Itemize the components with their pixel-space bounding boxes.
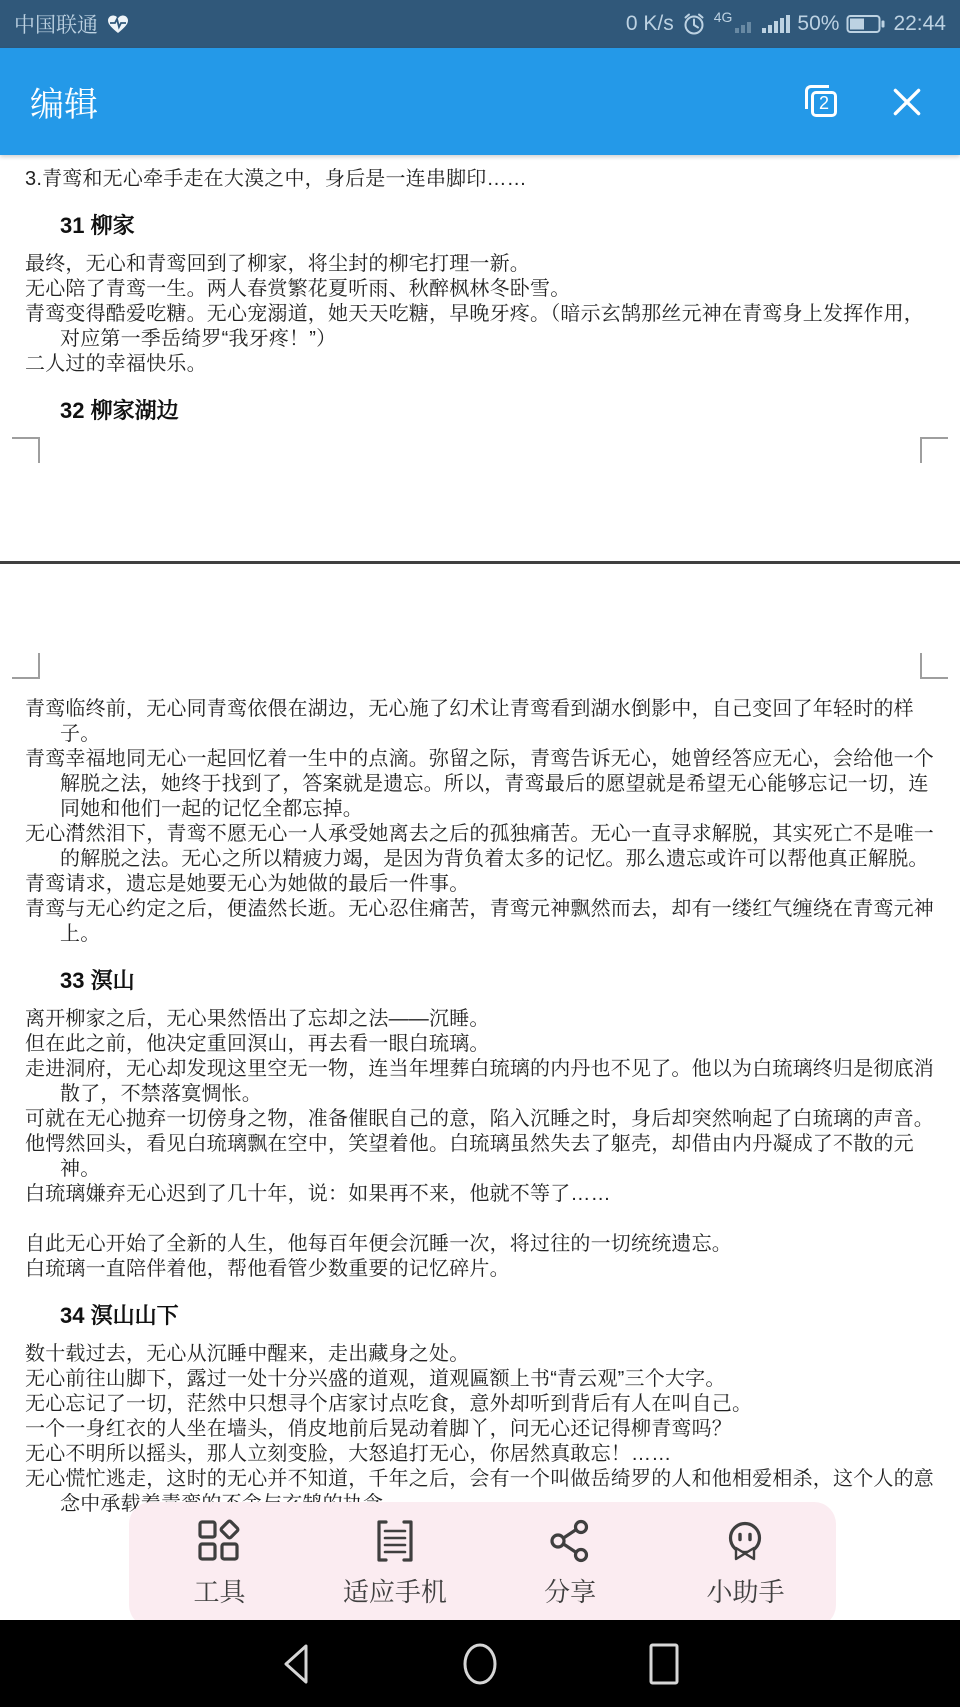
section-heading: 32 柳家湖边 (25, 397, 935, 425)
battery-icon (846, 14, 886, 34)
status-bar: 中国联通 0 K/s 4G 50% 22:44 (0, 0, 960, 48)
doc-paragraph: 最终，无心和青鸾回到了柳家，将尘封的柳宅打理一新。 (25, 252, 935, 277)
doc-paragraph: 数十载过去，无心从沉睡中醒来，走出藏身之处。 (25, 1342, 935, 1367)
doc-paragraph: 青鸾临终前，无心同青鸾依偎在湖边，无心施了幻术让青鸾看到湖水倒影中，自己变回了年… (25, 697, 935, 747)
signal-bars-sim2-icon (762, 15, 790, 33)
doc-paragraph: 3.青鸾和无心牵手走在大漠之中，身后是一连串脚印…… (25, 167, 935, 192)
tools-label: 工具 (193, 1572, 245, 1609)
doc-paragraph: 一个一身红衣的人坐在墙头，俏皮地前后晃动着脚丫，问无心还记得柳青鸾吗？ (25, 1417, 935, 1442)
crop-mark-bottom-right-icon (920, 437, 948, 463)
fit-phone-label: 适应手机 (343, 1572, 447, 1609)
assistant-button[interactable]: 小助手 (661, 1517, 831, 1609)
carrier-label: 中国联通 (14, 9, 98, 39)
share-button[interactable]: 分享 (485, 1517, 655, 1609)
nav-recents-icon[interactable] (647, 1642, 681, 1686)
crop-mark-bottom-left-icon (12, 437, 40, 463)
blank-line (0, 1207, 960, 1232)
doc-paragraph: 无心潸然泪下，青鸾不愿无心一人承受她离去之后的孤独痛苦。无心一直寻求解脱，其实死… (25, 822, 935, 872)
close-button[interactable] (888, 83, 926, 121)
doc-paragraph: 但在此之前，他决定重回溟山，再去看一眼白琉璃。 (25, 1032, 935, 1057)
section-heading: 34 溟山山下 (25, 1302, 935, 1330)
doc-paragraph: 可就在无心抛弃一切傍身之物，准备催眠自己的意，陷入沉睡之时，身后却突然响起了白琉… (25, 1107, 935, 1132)
doc-paragraph: 无心陪了青鸾一生。两人春赏繁花夏听雨、秋醉枫林冬卧雪。 (25, 277, 935, 302)
multi-window-button[interactable]: 2 (800, 80, 844, 124)
doc-paragraph: 白琉璃一直陪伴着他，帮他看管少数重要的记忆碎片。 (25, 1257, 935, 1282)
network-type-label: 4G (714, 9, 733, 25)
crop-mark-top-left-icon (12, 653, 40, 679)
share-nodes-icon (546, 1517, 594, 1565)
doc-paragraph: 无心前往山脚下，露过一处十分兴盛的道观，道观匾额上书“青云观”三个大字。 (25, 1367, 935, 1392)
nav-home-icon[interactable] (459, 1641, 501, 1687)
assistant-label: 小助手 (706, 1572, 784, 1609)
page2-top-margin-marks (0, 653, 960, 681)
robot-face-icon (721, 1517, 769, 1565)
status-bar-left: 中国联通 (14, 9, 130, 39)
clock-label: 22:44 (893, 12, 946, 36)
doc-paragraph: 离开柳家之后，无心果然悟出了忘却之法——沉睡。 (25, 1007, 935, 1032)
doc-paragraph: 他愕然回头，看见白琉璃飘在空中，笑望着他。白琉璃虽然失去了躯壳，却借由内丹凝成了… (25, 1132, 935, 1182)
health-heart-icon (106, 13, 130, 35)
window-count: 2 (819, 93, 829, 114)
document-page-2: 青鸾临终前，无心同青鸾依偎在湖边，无心施了幻术让青鸾看到湖水倒影中，自己变回了年… (0, 697, 960, 1517)
doc-paragraph: 无心不明所以摇头，那人立刻变脸，大怒追打无心，你居然真敢忘！…… (25, 1442, 935, 1467)
floating-toolbar: 工具 适应手机 分享 小助手 (129, 1502, 836, 1627)
doc-paragraph: 青鸾幸福地同无心一起回忆着一生中的点滴。弥留之际，青鸾告诉无心，她曾经答应无心，… (25, 747, 935, 822)
signal-bars-sim1-icon (735, 15, 751, 33)
doc-paragraph: 青鸾请求，遗忘是她要无心为她做的最后一件事。 (25, 872, 935, 897)
page-break-line (0, 561, 960, 564)
app-bar: 编辑 2 (0, 48, 960, 155)
lines-in-brackets-icon (371, 1517, 419, 1565)
nav-back-icon[interactable] (279, 1643, 313, 1685)
grid-diamond-icon (195, 1517, 243, 1565)
share-label: 分享 (544, 1572, 596, 1609)
doc-paragraph: 走进洞府，无心却发现这里空无一物，连当年埋葬白琉璃的内丹也不见了。他以为白琉璃终… (25, 1057, 935, 1107)
doc-paragraph: 青鸾变得酷爱吃糖。无心宠溺道，她天天吃糖，早晚牙疼。（暗示玄鹄那丝元神在青鸾身上… (25, 302, 935, 352)
fit-phone-button[interactable]: 适应手机 (310, 1517, 480, 1609)
page-title: 编辑 (30, 77, 98, 126)
section-heading: 31 柳家 (25, 212, 935, 240)
multi-window-count-icon: 2 (811, 91, 837, 117)
page-gap (0, 437, 960, 681)
section-heading: 33 溟山 (25, 967, 935, 995)
net-speed-label: 0 K/s (626, 12, 674, 36)
android-nav-bar (0, 1620, 960, 1707)
doc-paragraph: 青鸾与无心约定之后，便溘然长逝。无心忍住痛苦，青鸾元神飘然而去，却有一缕红气缠绕… (25, 897, 935, 947)
document-page-1: 3.青鸾和无心牵手走在大漠之中，身后是一连串脚印……31 柳家最终，无心和青鸾回… (0, 167, 960, 425)
doc-paragraph: 二人过的幸福快乐。 (25, 352, 935, 377)
document-view[interactable]: 3.青鸾和无心牵手走在大漠之中，身后是一连串脚印……31 柳家最终，无心和青鸾回… (0, 155, 960, 1517)
close-icon (888, 83, 926, 121)
tools-button[interactable]: 工具 (135, 1517, 305, 1609)
page1-bottom-margin-marks (0, 437, 960, 465)
doc-paragraph: 白琉璃嫌弃无心迟到了几十年，说：如果再不来，他就不等了…… (25, 1182, 935, 1207)
battery-percent-label: 50% (797, 12, 839, 36)
alarm-icon (681, 11, 707, 37)
crop-mark-top-right-icon (920, 653, 948, 679)
status-bar-right: 0 K/s 4G 50% 22:44 (626, 11, 946, 37)
doc-paragraph: 自此无心开始了全新的人生，他每百年便会沉睡一次，将过往的一切统统遗忘。 (25, 1232, 935, 1257)
doc-paragraph: 无心忘记了一切，茫然中只想寻个店家讨点吃食，意外却听到背后有人在叫自己。 (25, 1392, 935, 1417)
